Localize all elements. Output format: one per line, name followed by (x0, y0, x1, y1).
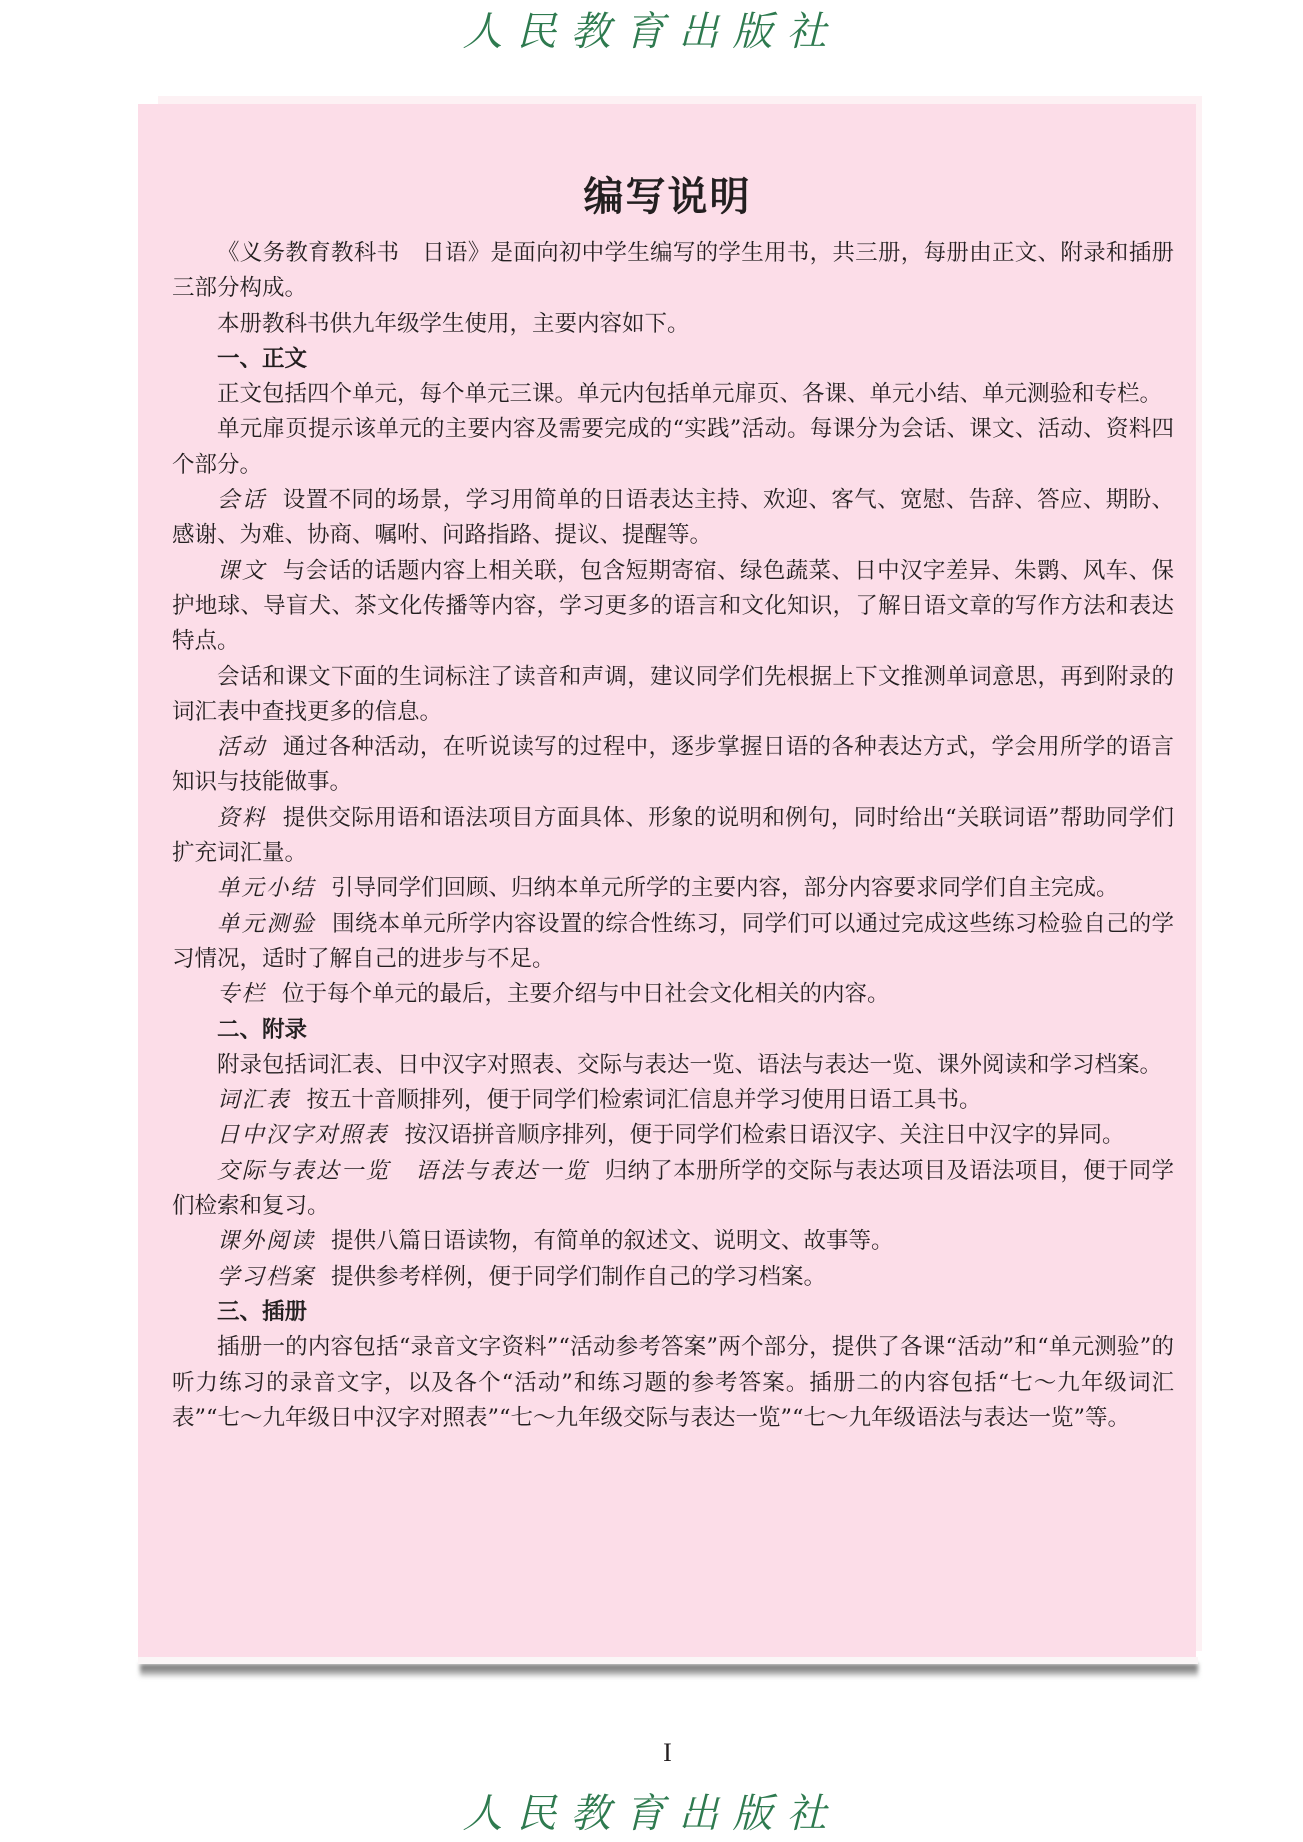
paragraph-text: 提供参考样例，便于同学们制作自己的学习档案。 (331, 1264, 826, 1290)
paragraph-text: 通过各种活动，在听说读写的过程中，逐步掌握日语的各种表达方式，学会用所学的语言知… (172, 734, 1174, 795)
term-label: 交际与表达一览 语法与表达一览 (217, 1158, 589, 1184)
paragraph-text: 引导同学们回顾、归纳本单元所学的主要内容，部分内容要求同学们自主完成。 (331, 875, 1119, 901)
term-label: 资料 (217, 805, 267, 831)
paragraph: 《义务教育教科书 日语》是面向初中学生编写的学生用书，共三册，每册由正文、附录和… (172, 236, 1174, 307)
term-label: 学习档案 (217, 1264, 315, 1290)
paragraph-text: 插册一的内容包括“录音文字资料”“活动参考答案”两个部分，提供了各课“活动”和“… (172, 1334, 1174, 1431)
page-number: I (0, 1738, 1303, 1768)
term-label: 专栏 (217, 981, 266, 1007)
term-label: 词汇表 (217, 1087, 291, 1113)
paragraph: 日中汉字对照表按汉语拼音顺序排列，便于同学们检索日语汉字、关注日中汉字的异同。 (172, 1118, 1174, 1153)
term-label: 日中汉字对照表 (217, 1122, 389, 1148)
paragraph-text: 与会话的话题内容上相关联，包含短期寄宿、绿色蔬菜、日中汉字差异、朱鹮、风车、保护… (172, 558, 1174, 655)
paragraph-text: 设置不同的场景，学习用简单的日语表达主持、欢迎、客气、宽慰、告辞、答应、期盼、感… (172, 487, 1174, 548)
paragraph-text: 三、插册 (217, 1299, 307, 1325)
paragraph-text: 按五十音顺排列，便于同学们检索词汇信息并学习使用日语工具书。 (307, 1087, 982, 1113)
paragraph-text: 提供交际用语和语法项目方面具体、形象的说明和例句，同时给出“关联词语”帮助同学们… (172, 805, 1174, 866)
term-label: 单元测验 (217, 911, 316, 937)
paragraph-text: 一、正文 (217, 346, 307, 372)
paragraph: 单元测验围绕本单元所学内容设置的综合性练习，同学们可以通过完成这些练习检验自己的… (172, 907, 1174, 978)
paragraph-text: 附录包括词汇表、日中汉字对照表、交际与表达一览、语法与表达一览、课外阅读和学习档… (217, 1052, 1162, 1078)
section-heading: 二、附录 (172, 1013, 1174, 1048)
panel-bottom-edge (138, 1657, 1198, 1664)
paragraph: 学习档案提供参考样例，便于同学们制作自己的学习档案。 (172, 1260, 1174, 1295)
paragraph-text: 位于每个单元的最后，主要介绍与中日社会文化相关的内容。 (282, 981, 890, 1007)
paragraph-text: 《义务教育教科书 日语》是面向初中学生编写的学生用书，共三册，每册由正文、附录和… (172, 240, 1174, 301)
paragraph-text: 二、附录 (217, 1017, 307, 1043)
paragraph-text: 围绕本单元所学内容设置的综合性练习，同学们可以通过完成这些练习检验自己的学习情况… (172, 911, 1174, 972)
section-heading: 三、插册 (172, 1295, 1174, 1330)
section-heading: 一、正文 (172, 342, 1174, 377)
paragraph: 会话和课文下面的生词标注了读音和声调，建议同学们先根据上下文推测单词意思，再到附… (172, 660, 1174, 731)
paragraph: 会话设置不同的场景，学习用简单的日语表达主持、欢迎、客气、宽慰、告辞、答应、期盼… (172, 483, 1174, 554)
term-label: 课文 (217, 558, 267, 584)
paragraph: 词汇表按五十音顺排列，便于同学们检索词汇信息并学习使用日语工具书。 (172, 1083, 1174, 1118)
paragraph: 单元扉页提示该单元的主要内容及需要完成的“实践”活动。每课分为会话、课文、活动、… (172, 412, 1174, 483)
paragraph-text: 本册教科书供九年级学生使用，主要内容如下。 (217, 311, 690, 337)
paragraph: 附录包括词汇表、日中汉字对照表、交际与表达一览、语法与表达一览、课外阅读和学习档… (172, 1048, 1174, 1083)
page-title: 编写说明 (0, 165, 1303, 222)
publisher-logo-footer: 人民教育出版社 (0, 1790, 1303, 1838)
paragraph-text: 正文包括四个单元，每个单元三课。单元内包括单元扉页、各课、单元小结、单元测验和专… (217, 381, 1162, 407)
publisher-logo-header: 人民教育出版社 (0, 8, 1303, 56)
paragraph-text: 提供八篇日语读物，有简单的叙述文、说明文、故事等。 (331, 1228, 894, 1254)
document-body: 《义务教育教科书 日语》是面向初中学生编写的学生用书，共三册，每册由正文、附录和… (172, 236, 1174, 1436)
term-label: 活动 (217, 734, 267, 760)
panel-drop-shadow (140, 1664, 1198, 1678)
paragraph-text: 单元扉页提示该单元的主要内容及需要完成的“实践”活动。每课分为会话、课文、活动、… (172, 416, 1174, 477)
term-label: 课外阅读 (217, 1228, 315, 1254)
paragraph: 本册教科书供九年级学生使用，主要内容如下。 (172, 307, 1174, 342)
paragraph-text: 按汉语拼音顺序排列，便于同学们检索日语汉字、关注日中汉字的异同。 (405, 1122, 1125, 1148)
paragraph: 正文包括四个单元，每个单元三课。单元内包括单元扉页、各课、单元小结、单元测验和专… (172, 377, 1174, 412)
paragraph: 插册一的内容包括“录音文字资料”“活动参考答案”两个部分，提供了各课“活动”和“… (172, 1330, 1174, 1436)
paragraph: 活动通过各种活动，在听说读写的过程中，逐步掌握日语的各种表达方式，学会用所学的语… (172, 730, 1174, 801)
paragraph: 单元小结引导同学们回顾、归纳本单元所学的主要内容，部分内容要求同学们自主完成。 (172, 871, 1174, 906)
paragraph: 资料提供交际用语和语法项目方面具体、形象的说明和例句，同时给出“关联词语”帮助同… (172, 801, 1174, 872)
paragraph: 专栏位于每个单元的最后，主要介绍与中日社会文化相关的内容。 (172, 977, 1174, 1012)
term-label: 单元小结 (217, 875, 315, 901)
paragraph: 课文与会话的话题内容上相关联，包含短期寄宿、绿色蔬菜、日中汉字差异、朱鹮、风车、… (172, 554, 1174, 660)
paragraph: 交际与表达一览 语法与表达一览归纳了本册所学的交际与表达项目及语法项目，便于同学… (172, 1154, 1174, 1225)
paragraph-text: 会话和课文下面的生词标注了读音和声调，建议同学们先根据上下文推测单词意思，再到附… (172, 664, 1174, 725)
term-label: 会话 (217, 487, 267, 513)
paragraph: 课外阅读提供八篇日语读物，有简单的叙述文、说明文、故事等。 (172, 1224, 1174, 1259)
